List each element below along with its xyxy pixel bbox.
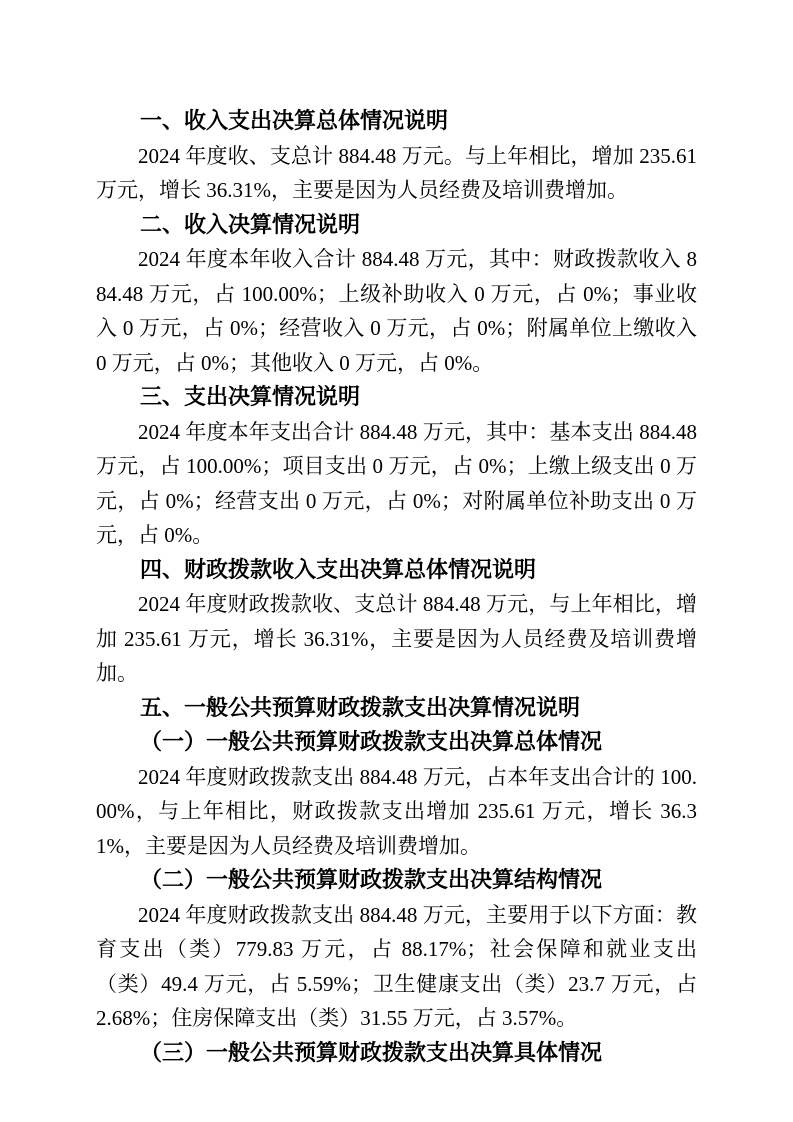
document-page: 一、收入支出决算总体情况说明 2024 年度收、支总计 884.48 万元。与上… (0, 0, 793, 1122)
document-body: 一、收入支出决算总体情况说明 2024 年度收、支总计 884.48 万元。与上… (96, 104, 697, 1070)
subsection-heading-overall-situation: （一）一般公共预算财政拨款支出决算总体情况 (96, 725, 697, 760)
section-heading-fiscal-appropriation-overview: 四、财政拨款收入支出决算总体情况说明 (96, 553, 697, 588)
section-heading-income-accounts: 二、收入决算情况说明 (96, 208, 697, 243)
section-heading-expenditure-accounts: 三、支出决算情况说明 (96, 380, 697, 415)
section-heading-general-public-budget-expenditure: 五、一般公共预算财政拨款支出决算情况说明 (96, 691, 697, 726)
subsection-heading-structure-situation: （二）一般公共预算财政拨款支出决算结构情况 (96, 863, 697, 898)
section-heading-income-expenditure-overview: 一、收入支出决算总体情况说明 (96, 104, 697, 139)
paragraph-expenditure-accounts: 2024 年度本年支出合计 884.48 万元，其中：基本支出 884.48 万… (96, 415, 697, 553)
subsection-heading-specific-situation: （三）一般公共预算财政拨款支出决算具体情况 (96, 1036, 697, 1071)
paragraph-overall-situation: 2024 年度财政拨款支出 884.48 万元，占本年支出合计的 100.00%… (96, 760, 697, 864)
paragraph-fiscal-appropriation-overview: 2024 年度财政拨款收、支总计 884.48 万元，与上年相比，增加 235.… (96, 587, 697, 691)
paragraph-income-expenditure-overview: 2024 年度收、支总计 884.48 万元。与上年相比，增加 235.61 万… (96, 139, 697, 208)
paragraph-structure-situation: 2024 年度财政拨款支出 884.48 万元，主要用于以下方面：教育支出（类）… (96, 898, 697, 1036)
paragraph-income-accounts: 2024 年度本年收入合计 884.48 万元，其中：财政拨款收入 884.48… (96, 242, 697, 380)
